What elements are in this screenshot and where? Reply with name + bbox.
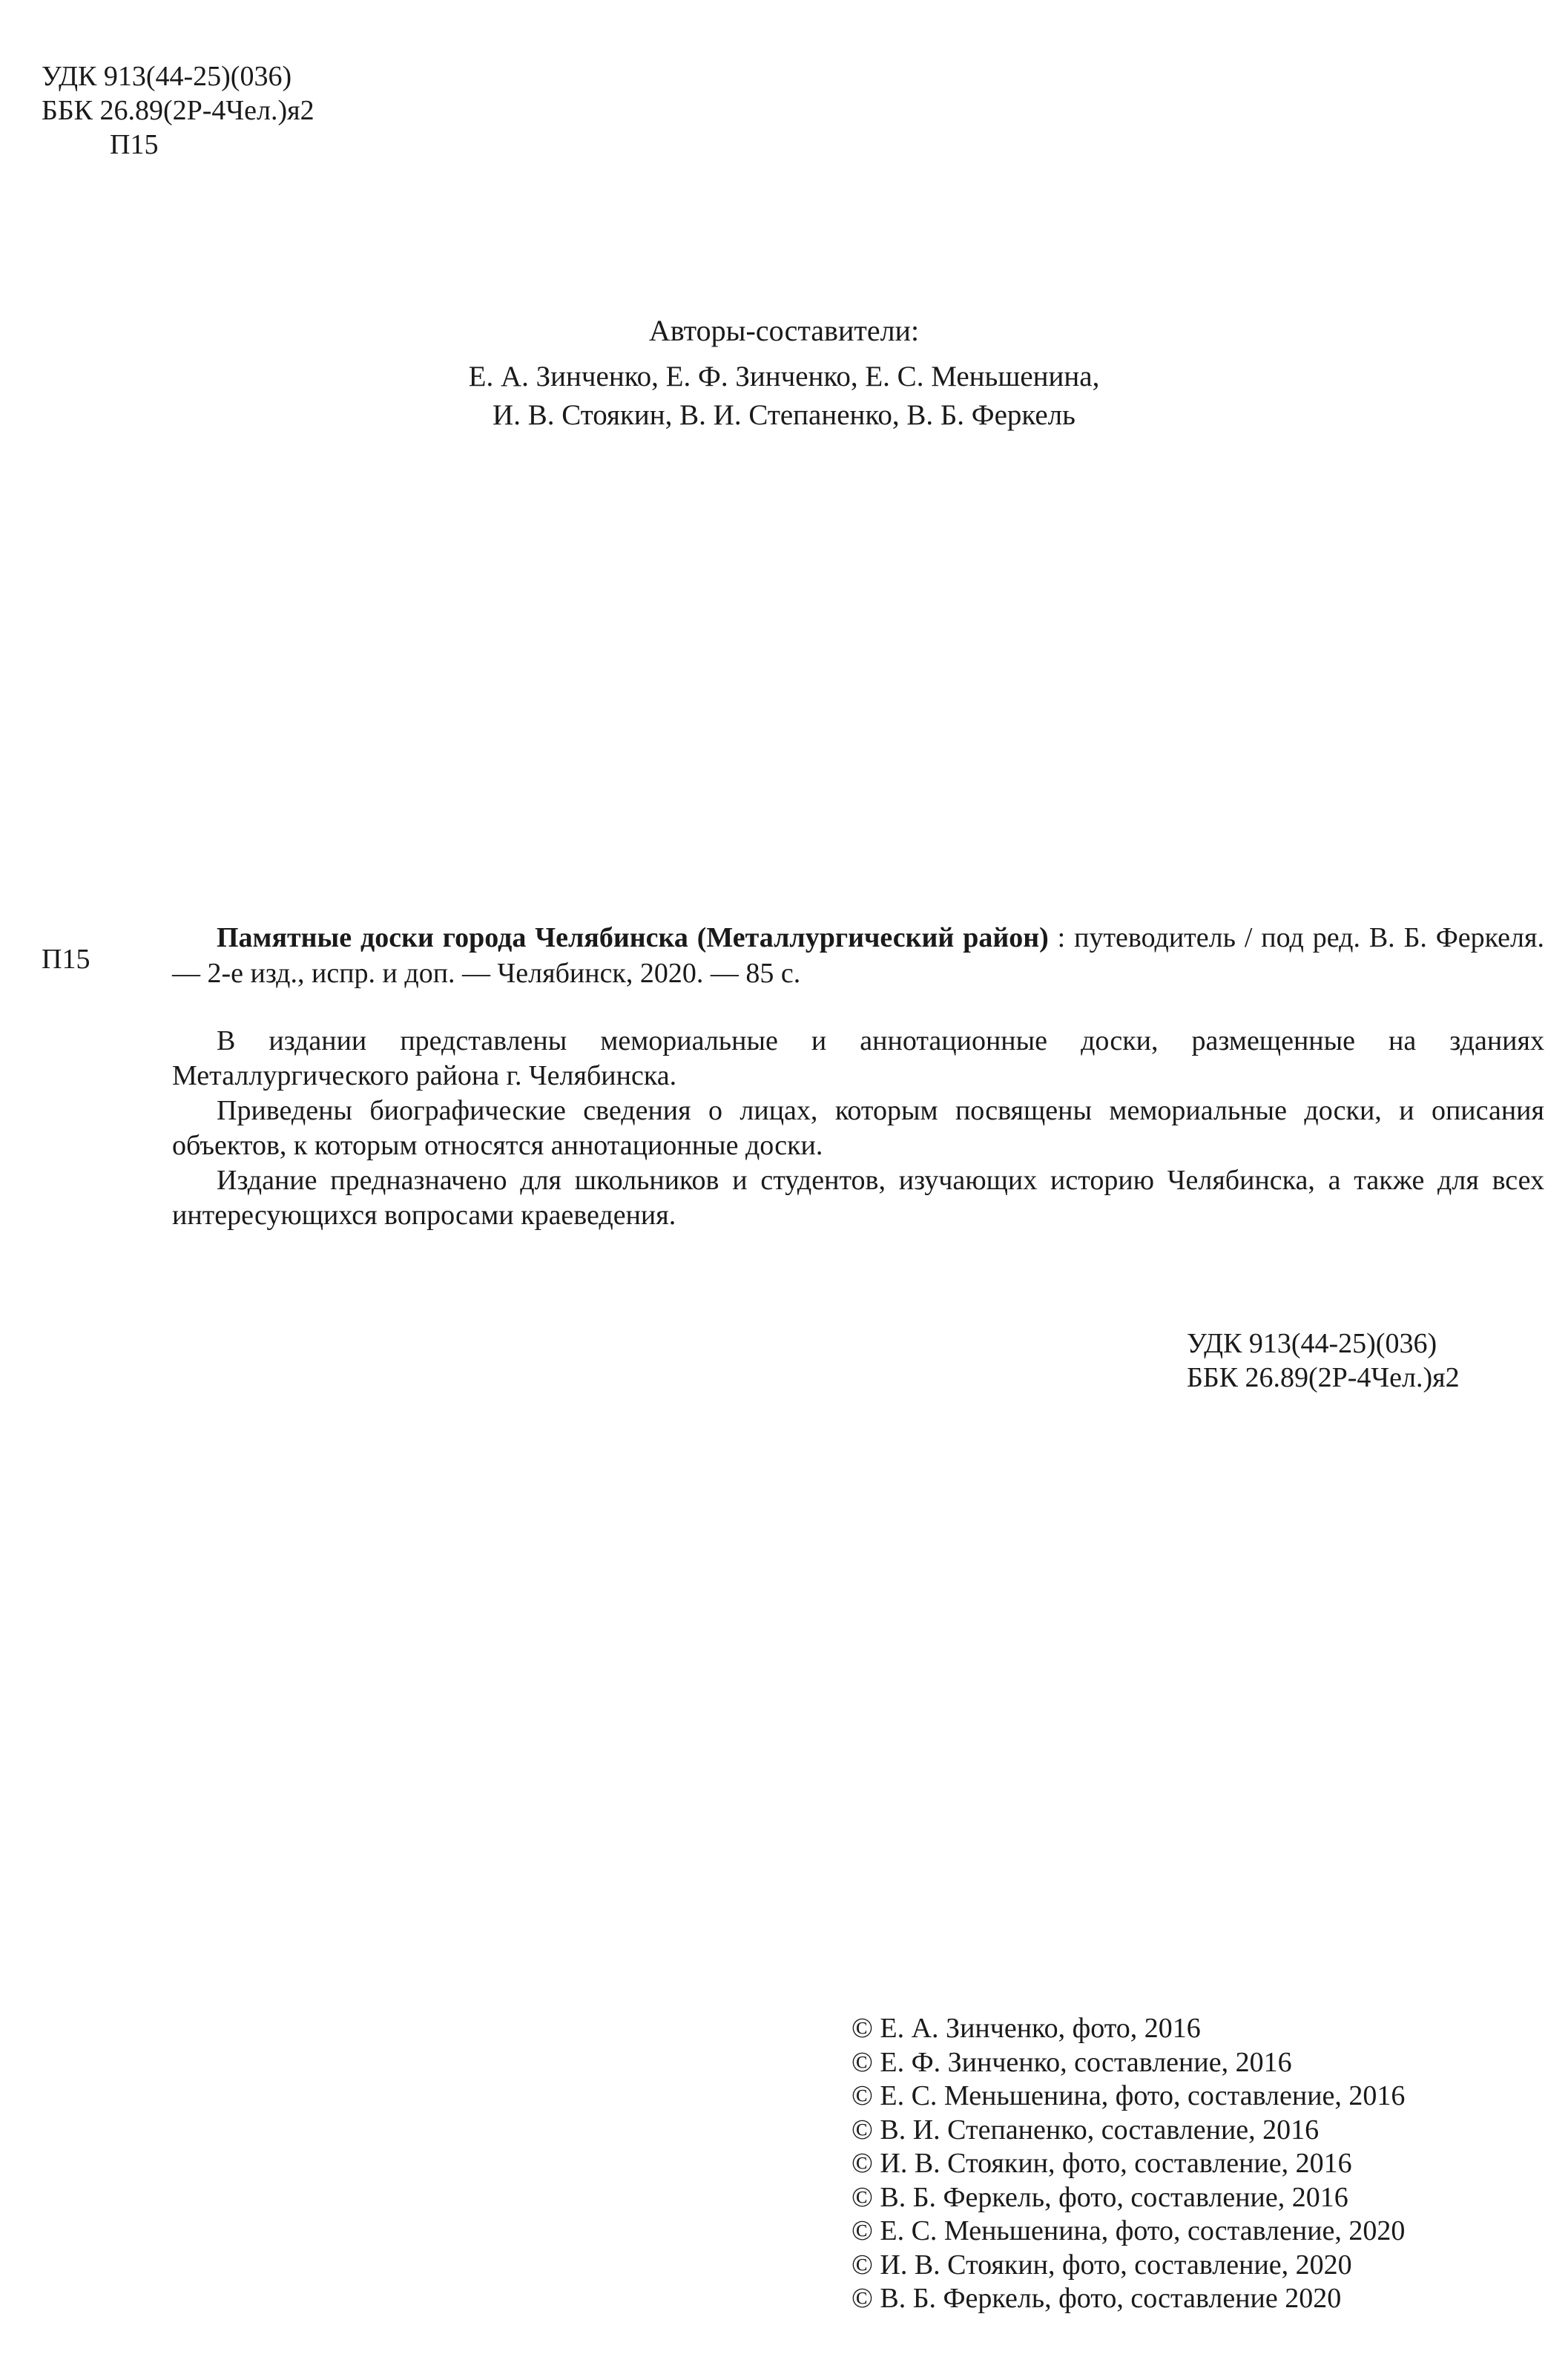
catalog-entry: Памятные доски города Челябинска (Металл… — [172, 920, 1544, 991]
book-title: Памятные доски города Челябинска (Металл… — [217, 922, 1049, 953]
classification-codes-top: УДК 913(44-25)(036) ББК 26.89(2Р-4Чел.)я… — [42, 59, 314, 162]
annotation-paragraph: В издании представлены мемориальные и ан… — [172, 1024, 1544, 1094]
copyright-line: © И. В. Стоякин, фото, составление, 2020 — [851, 2249, 1405, 2283]
bbk-code: ББК 26.89(2Р-4Чел.)я2 — [42, 93, 314, 128]
copyright-line: © Е. С. Меньшенина, фото, составление, 2… — [851, 2080, 1405, 2114]
authors-line-1: Е. А. Зинченко, Е. Ф. Зинченко, Е. С. Ме… — [0, 358, 1568, 396]
author-mark: П15 — [42, 128, 314, 162]
authors-block: Авторы-составители: Е. А. Зинченко, Е. Ф… — [0, 312, 1568, 435]
copyright-line: © Е. С. Меньшенина, фото, составление, 2… — [851, 2215, 1405, 2249]
copyright-line: © В. Б. Феркель, фото, составление 2020 — [851, 2282, 1405, 2316]
annotation-paragraph: Приведены биографические сведения о лица… — [172, 1094, 1544, 1163]
bbk-code: ББК 26.89(2Р-4Чел.)я2 — [1187, 1361, 1460, 1395]
udc-code: УДК 913(44-25)(036) — [42, 59, 314, 93]
copyright-notices: © Е. А. Зинченко, фото, 2016 © Е. Ф. Зин… — [851, 2012, 1405, 2316]
annotation: В издании представлены мемориальные и ан… — [172, 1024, 1544, 1233]
udc-code: УДК 913(44-25)(036) — [1187, 1326, 1460, 1361]
copyright-line: © И. В. Стоякин, фото, составление, 2016 — [851, 2147, 1405, 2181]
authors-heading: Авторы-составители: — [0, 312, 1568, 350]
copyright-line: © Е. Ф. Зинченко, составление, 2016 — [851, 2046, 1405, 2080]
copyright-line: © Е. А. Зинченко, фото, 2016 — [851, 2012, 1405, 2046]
authors-line-2: И. В. Стоякин, В. И. Степаненко, В. Б. Ф… — [0, 396, 1568, 435]
classification-codes-bottom: УДК 913(44-25)(036) ББК 26.89(2Р-4Чел.)я… — [1187, 1326, 1460, 1395]
copyright-line: © В. Б. Феркель, фото, составление, 2016 — [851, 2181, 1405, 2215]
copyright-line: © В. И. Степаненко, составление, 2016 — [851, 2114, 1405, 2148]
annotation-paragraph: Издание предназначено для школьников и с… — [172, 1163, 1544, 1233]
catalog-author-mark: П15 — [42, 942, 90, 976]
